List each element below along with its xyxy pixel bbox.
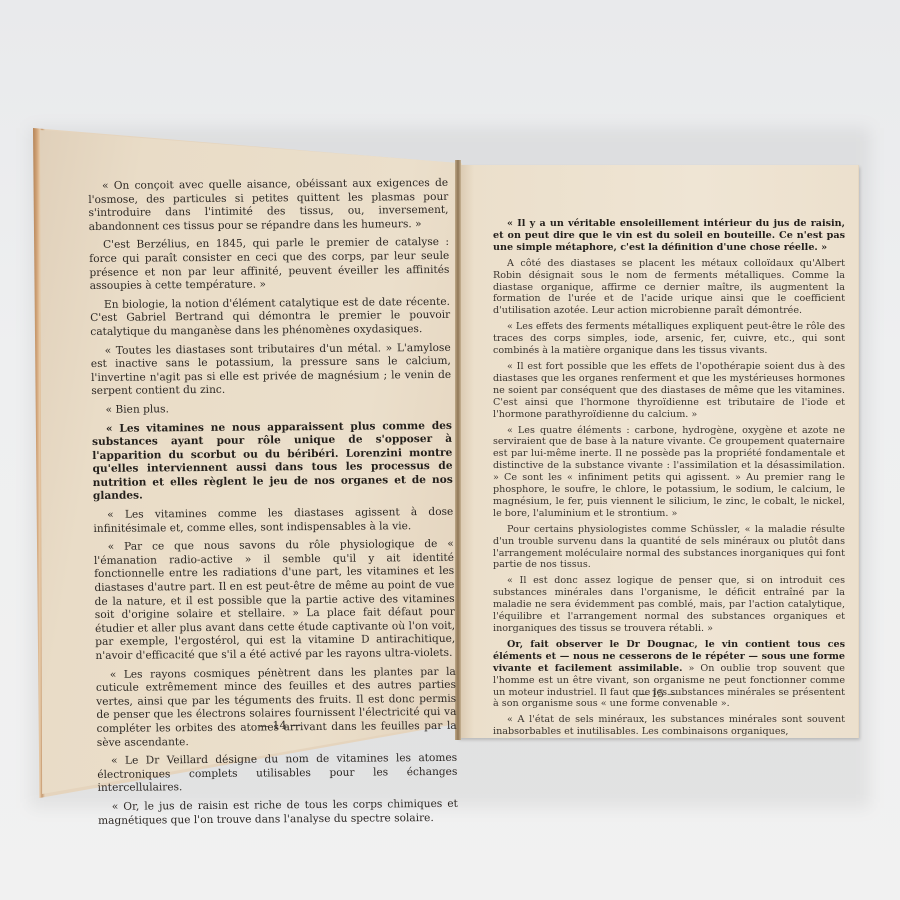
paragraph: « Or, le jus de raisin est riche de tous… (98, 798, 458, 828)
paragraph: « On conçoit avec quelle aisance, obéiss… (88, 177, 449, 235)
paragraph: « Par ce que nous savons du rôle physiol… (94, 538, 456, 663)
page-number-left: — 14 — (258, 718, 301, 732)
book-gutter (455, 160, 461, 740)
paragraph: « Les vitamines comme les diastases agis… (93, 506, 453, 536)
paragraph: « Il est fort possible que les effets de… (493, 361, 845, 421)
paragraph: En biologie, la notion d'élément catalyt… (90, 296, 451, 340)
paragraph-bold: « Il y a un véritable ensoleillement int… (493, 218, 845, 254)
paragraph: « Bien plus. (92, 401, 452, 418)
paragraph: « A l'état de sels minéraux, les substan… (493, 714, 845, 738)
paragraph: « Les effets des ferments métalliques ex… (493, 321, 845, 357)
left-page-text: « On conçoit avec quelle aisance, obéiss… (88, 177, 458, 833)
paragraph: « Il est donc assez logique de penser qu… (493, 575, 845, 635)
paragraph: « Le Dr Veillard désigne du nom de vitam… (97, 752, 458, 796)
paragraph: « Les quatre éléments : carbone, hydrogè… (493, 425, 845, 520)
paragraph: C'est Berzélius, en 1845, qui parle le p… (89, 236, 450, 294)
page-number-right: — 15 — (638, 689, 677, 700)
paragraph: Pour certains physiologistes comme Schüs… (493, 524, 845, 572)
paragraph: A côté des diastases se placent les méta… (493, 258, 845, 318)
paragraph-bold: « Les vitamines ne nous apparaissent plu… (92, 419, 453, 504)
right-page-text: « Il y a un véritable ensoleillement int… (493, 218, 845, 742)
paragraph: « Les rayons cosmiques pénètrent dans le… (96, 665, 457, 750)
paragraph: « Toutes les diastases sont tributaires … (91, 341, 452, 399)
